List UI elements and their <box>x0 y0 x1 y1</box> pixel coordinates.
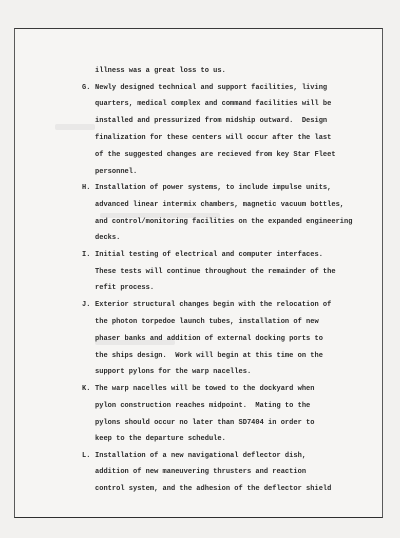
item-marker-j: J. <box>82 301 90 310</box>
text-line: support pylons for the warp nacelles. <box>95 368 251 377</box>
text-line: the ships design. Work will begin at thi… <box>95 352 323 361</box>
text-line: Exterior structural changes begin with t… <box>95 301 331 310</box>
text-line: quarters, medical complex and command fa… <box>95 100 331 109</box>
text-line: keep to the departure schedule. <box>95 435 226 444</box>
item-marker-g: G. <box>82 84 90 93</box>
text-line: refit process. <box>95 284 154 293</box>
text-line: illness was a great loss to us. <box>95 67 226 76</box>
text-line: Newly designed technical and support fac… <box>95 84 327 93</box>
text-line: The warp nacelles will be towed to the d… <box>95 385 314 394</box>
text-line: personnel. <box>95 168 137 177</box>
item-marker-k: K. <box>82 385 90 394</box>
text-line: pylon construction reaches midpoint. Mat… <box>95 402 310 411</box>
item-marker-i: I. <box>82 251 90 260</box>
text-line: control system, and the adhesion of the … <box>95 485 331 494</box>
item-marker-l: L. <box>82 452 90 461</box>
item-marker-h: H. <box>82 184 90 193</box>
text-line: installed and pressurized from midship o… <box>95 117 327 126</box>
text-line: Installation of a new navigational defle… <box>95 452 306 461</box>
text-line: and control/monitoring facilities on the… <box>95 218 352 227</box>
text-line: advanced linear intermix chambers, magne… <box>95 201 344 210</box>
bleed-through-mark <box>55 124 95 130</box>
text-line: phaser banks and addition of external do… <box>95 335 323 344</box>
text-line: Installation of power systems, to includ… <box>95 184 331 193</box>
text-line: Initial testing of electrical and comput… <box>95 251 323 260</box>
text-line: pylons should occur no later than SD7404… <box>95 419 314 428</box>
text-line: These tests will continue throughout the… <box>95 268 336 277</box>
text-line: addition of new maneuvering thrusters an… <box>95 468 306 477</box>
text-line: of the suggested changes are recieved fr… <box>95 151 336 160</box>
text-line: the photon torpedoe launch tubes, instal… <box>95 318 319 327</box>
text-line: finalization for these centers will occu… <box>95 134 331 143</box>
text-line: decks. <box>95 234 120 243</box>
